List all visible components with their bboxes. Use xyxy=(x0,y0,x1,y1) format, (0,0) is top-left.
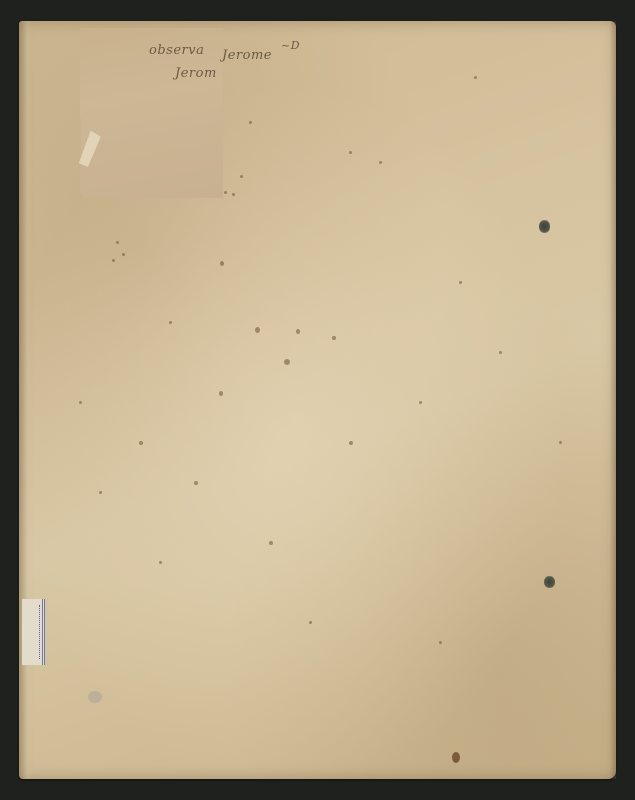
foxing-spot xyxy=(219,391,223,396)
spine-fold xyxy=(19,21,33,779)
foxing-spot xyxy=(99,491,102,494)
stain xyxy=(88,691,102,703)
foxing-spot xyxy=(559,441,562,444)
foxing-spot xyxy=(269,541,273,545)
foxing-spot xyxy=(499,351,502,354)
foxing-spot xyxy=(224,191,227,194)
tie-hole-top xyxy=(539,220,550,233)
foxing-spot xyxy=(296,329,300,334)
foxing-spot xyxy=(309,621,312,624)
handwriting-jerome: Jerome xyxy=(222,48,272,63)
foxing-spot xyxy=(169,321,172,324)
foxing-spot xyxy=(379,161,382,164)
foxing-spot xyxy=(249,121,252,124)
foxing-spot xyxy=(439,641,442,644)
foxing-spot xyxy=(112,259,115,262)
foxing-spot xyxy=(284,359,290,365)
book-cover: observa Jerome Jerom ~D xyxy=(19,21,616,779)
foxing-spot xyxy=(159,561,162,564)
foxing-spot xyxy=(419,401,422,404)
foxing-spot xyxy=(220,261,224,266)
tie-hole-bottom xyxy=(544,576,555,588)
handwriting-jerom: Jerom xyxy=(175,66,217,81)
foxing-spot xyxy=(255,327,260,333)
handwriting-observa: observa xyxy=(149,43,204,58)
foxing-spot xyxy=(240,175,243,178)
foxing-spot xyxy=(122,253,125,256)
foxing-spot xyxy=(79,401,82,404)
foxing-spot xyxy=(474,76,477,79)
foxing-spot xyxy=(332,336,336,340)
foxing-spot xyxy=(459,281,462,284)
cover-edge xyxy=(610,21,616,779)
foxing-spot xyxy=(194,481,198,485)
library-shelf-tag xyxy=(22,599,45,665)
foxing-spot xyxy=(139,441,143,445)
foxing-spot xyxy=(349,441,353,445)
foxing-spot xyxy=(116,241,119,244)
stain xyxy=(452,752,460,763)
foxing-spot xyxy=(349,151,352,154)
foxing-spot xyxy=(232,193,235,196)
handwriting-mark: ~D xyxy=(281,39,300,52)
